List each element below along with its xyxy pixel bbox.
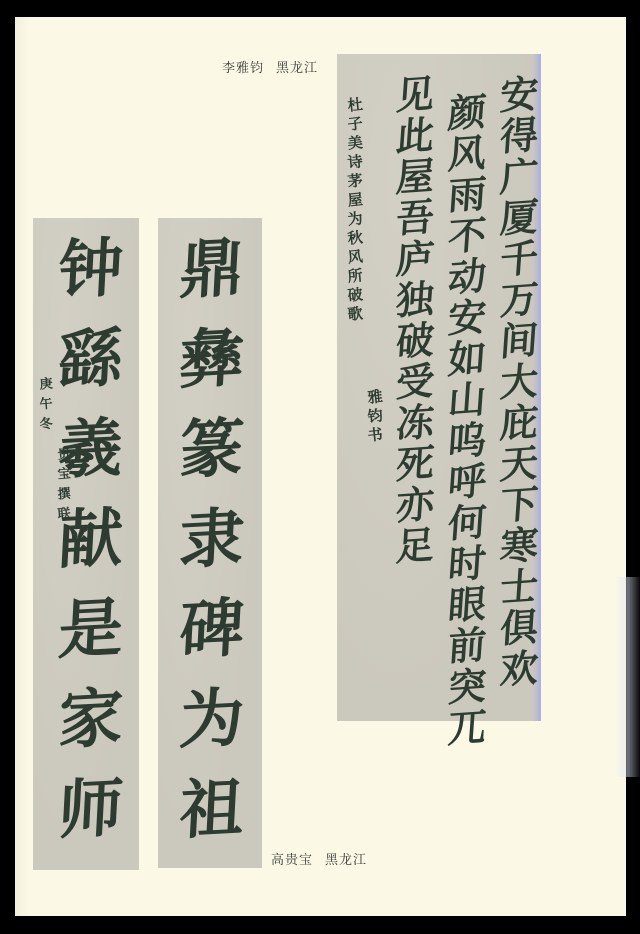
couplet-glyph: 篆 [176,416,245,509]
poem-glyph: 足 [395,526,436,570]
couplet-left-scroll: 钟繇羲献是家师 庚午冬 贵宝撰联 [33,218,139,870]
caption-bottom-region: 黑龙江 [325,853,367,868]
couplet-glyph: 钟 [55,236,124,329]
scan-artifact [615,577,640,777]
couplet-glyph: 家 [55,686,124,779]
poem-signature: 雅钧书 [363,390,389,447]
poem-inscription: 杜子美诗茅屋为秋风所破歌 [343,98,369,326]
caption-bottom: 高贵宝黑龙江 [271,849,367,868]
poem-column-2: 颜风雨不动安如山呜呼何时眼前突兀 [445,94,489,750]
caption-bottom-author: 高贵宝 [271,853,313,868]
couplet-glyph: 师 [55,776,124,869]
poem-calligraphy-panel: 安得广厦千万间大庇天下寒士俱欢 颜风雨不动安如山呜呼何时眼前突兀 见此屋吾庐独破… [337,54,541,721]
couplet-glyph: 是 [55,596,124,689]
inscription-glyph: 冬 [40,417,55,438]
inscription-glyph: 午 [40,397,55,418]
scanned-page: 李雅钧黑龙江 安得广厦千万间大庇天下寒士俱欢 颜风雨不动安如山呜呼何时眼前突兀 … [15,17,626,916]
poem-column-3: 见此屋吾庐独破受冻死亦足 [393,76,437,568]
couplet-left-text: 钟繇羲献是家师 [47,238,133,868]
inscription-glyph: 宝 [58,467,73,488]
couplet-glyph: 为 [176,686,245,779]
couplet-glyph: 祖 [176,776,245,869]
inscription-glyph: 联 [58,507,73,528]
couplet-glyph: 隶 [176,506,245,599]
poem-glyph: 欢 [499,649,540,693]
couplet-right-text: 鼎彝篆隶碑为祖 [168,238,254,868]
inscription-glyph: 庚 [40,377,55,398]
caption-top-author: 李雅钧 [222,61,264,76]
poem-column-1: 安得广厦千万间大庇天下寒士俱欢 [497,76,541,691]
inscription-glyph: 贵 [58,447,73,468]
inscription-glyph: 撰 [58,487,73,508]
inscription-glyph: 歌 [348,306,365,326]
couplet-glyph: 彝 [176,326,245,419]
poem-glyph: 兀 [447,708,488,752]
caption-top-region: 黑龙江 [276,61,318,76]
couplet-inscription-1: 庚午冬 [37,378,57,438]
couplet-glyph: 碑 [176,596,245,689]
couplet-right-scroll: 鼎彝篆隶碑为祖 [158,218,262,868]
couplet-glyph: 鼎 [176,236,245,329]
signature-glyph: 书 [368,427,385,447]
caption-top: 李雅钧黑龙江 [222,57,318,76]
couplet-inscription-2: 贵宝撰联 [55,448,75,528]
couplet-glyph: 繇 [55,326,124,419]
